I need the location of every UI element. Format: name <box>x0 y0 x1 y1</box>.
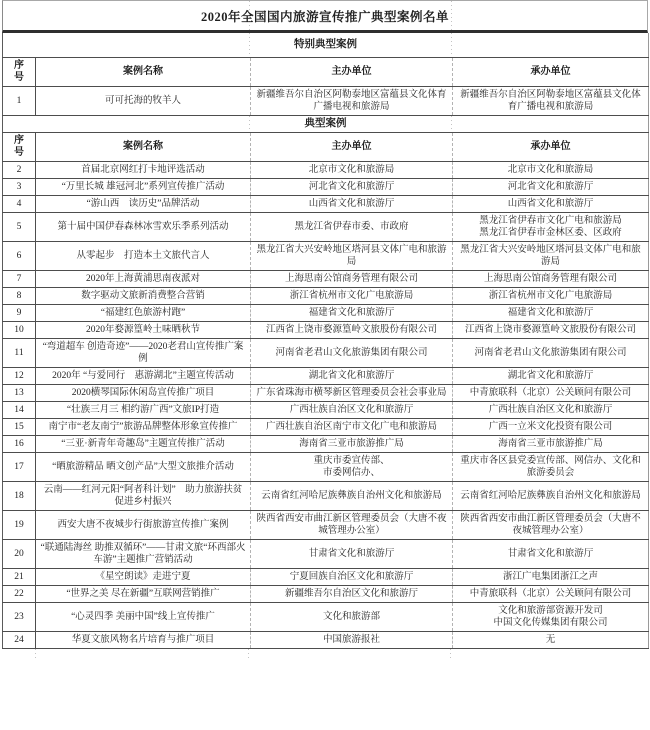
column-header-num: 序 号 <box>3 132 36 161</box>
column-header-num: 序 号 <box>3 57 36 86</box>
cell-name: “万里长城 雄冠河北”系列宣传推广活动 <box>36 178 251 195</box>
cell-undertaker: 广西壮族自治区文化和旅游厅 <box>453 401 649 418</box>
cell-undertaker: 北京市文化和旅游局 <box>453 161 649 178</box>
cell-host: 北京市文化和旅游局 <box>251 161 453 178</box>
cell-num: 21 <box>3 568 36 585</box>
cell-num: 19 <box>3 510 36 539</box>
cell-host: 福建省文化和旅游厅 <box>251 304 453 321</box>
cell-num: 1 <box>3 86 36 115</box>
cell-host: 湖北省文化和旅游厅 <box>251 367 453 384</box>
cell-undertaker: 新疆维吾尔自治区阿勒泰地区富蕴县文化体育广播电视和旅游局 <box>453 86 649 115</box>
cell-host: 广西壮族自治区文化和旅游厅 <box>251 401 453 418</box>
cell-num: 12 <box>3 367 36 384</box>
cell-name: 西安大唐不夜城步行街旅游宣传推广案例 <box>36 510 251 539</box>
cell-undertaker: 陕西省西安市曲江新区管理委员会（大唐不夜城管理办公室） <box>453 510 649 539</box>
section-row: 特别典型案例 <box>3 33 649 57</box>
cell-name: 2020年 “与爱同行 惠游湖北”主题宣传活动 <box>36 367 251 384</box>
cell-undertaker: 浙江广电集团浙江之声 <box>453 568 649 585</box>
cell-num: 17 <box>3 452 36 481</box>
table-row: 4“游山西 读历史”品牌活动山西省文化和旅游厅山西省文化和旅游厅 <box>3 195 649 212</box>
table-row: 18云南——红河元阳“阿者科计划” 助力旅游扶贫 促进乡村振兴云南省红河哈尼族彝… <box>3 481 649 510</box>
cell-host: 河北省文化和旅游厅 <box>251 178 453 195</box>
column-header-undertaker: 承办单位 <box>453 57 649 86</box>
cell-name: “游山西 读历史”品牌活动 <box>36 195 251 212</box>
cell-host: 中国旅游报社 <box>251 631 453 648</box>
header-row: 序 号案例名称主办单位承办单位 <box>3 132 649 161</box>
cell-num: 6 <box>3 241 36 270</box>
cell-num: 22 <box>3 585 36 602</box>
cell-undertaker: 河北省文化和旅游厅 <box>453 178 649 195</box>
cell-name: “晒旅游精品 晒文创产品”大型文旅推介活动 <box>36 452 251 481</box>
cell-name: “弯道超车 创造奇迹”——2020老君山宣传推广案例 <box>36 338 251 367</box>
table-row: 23“心灵四季 美丽中国”线上宣传推广文化和旅游部文化和旅游部资源开发司 中国文… <box>3 602 649 631</box>
cell-host: 广东省珠海市横琴新区管理委员会社会事业局 <box>251 384 453 401</box>
table-row: 21《星空朗读》走进宁夏宁夏回族自治区文化和旅游厅浙江广电集团浙江之声 <box>3 568 649 585</box>
table-row: 22“世界之美 尽在新疆”互联网营销推广新疆维吾尔自治区文化和旅游厅中青旅联科（… <box>3 585 649 602</box>
cell-num: 7 <box>3 270 36 287</box>
cell-undertaker: 云南省红河哈尼族彝族自治州文化和旅游局 <box>453 481 649 510</box>
cell-undertaker: 甘肃省文化和旅游厅 <box>453 539 649 568</box>
cell-host: 黑龙江省伊春市委、市政府 <box>251 212 453 241</box>
cell-name: 数字驱动文旅新消费整合营销 <box>36 287 251 304</box>
cell-num: 20 <box>3 539 36 568</box>
cell-num: 23 <box>3 602 36 631</box>
table-row: 8数字驱动文旅新消费整合营销浙江省杭州市文化广电旅游局浙江省杭州市文化广电旅游局 <box>3 287 649 304</box>
page-title: 2020年全国国内旅游宣传推广典型案例名单 <box>2 0 648 33</box>
cell-host: 浙江省杭州市文化广电旅游局 <box>251 287 453 304</box>
column-header-host: 主办单位 <box>251 132 453 161</box>
cell-name: 从零起步 打造本土文旅代言人 <box>36 241 251 270</box>
cell-host: 海南省三亚市旅游推广局 <box>251 435 453 452</box>
cell-name: 南宁市“老友南宁”旅游品牌整体形象宣传推广 <box>36 418 251 435</box>
column-header-host: 主办单位 <box>251 57 453 86</box>
table-row: 16“三亚·新青年奇趣岛”主题宣传推广活动海南省三亚市旅游推广局海南省三亚市旅游… <box>3 435 649 452</box>
table-row: 20“联通陆海丝 助推双循环”——甘肃文旅“环西部火车游”主题推广营销活动甘肃省… <box>3 539 649 568</box>
cell-host: 广西壮族自治区南宁市文化广电和旅游局 <box>251 418 453 435</box>
cases-table: 特别典型案例序 号案例名称主办单位承办单位1可可托海的牧羊人新疆维吾尔自治区阿勒… <box>2 33 649 649</box>
cell-name: 2020年婺源篁岭土味晒秋节 <box>36 321 251 338</box>
cell-name: 首届北京网红打卡地评选活动 <box>36 161 251 178</box>
table-row: 3“万里长城 雄冠河北”系列宣传推广活动河北省文化和旅游厅河北省文化和旅游厅 <box>3 178 649 195</box>
table-row: 102020年婺源篁岭土味晒秋节江西省上饶市婺源篁岭文旅股份有限公司江西省上饶市… <box>3 321 649 338</box>
column-header-name: 案例名称 <box>36 132 251 161</box>
cell-num: 9 <box>3 304 36 321</box>
cell-undertaker: 浙江省杭州市文化广电旅游局 <box>453 287 649 304</box>
cell-num: 14 <box>3 401 36 418</box>
cell-name: 《星空朗读》走进宁夏 <box>36 568 251 585</box>
cell-name: 第十届中国伊春森林冰雪欢乐季系列活动 <box>36 212 251 241</box>
table-row: 14“壮族三月三 相约游广西”文旅IP打造广西壮族自治区文化和旅游厅广西壮族自治… <box>3 401 649 418</box>
cell-name: “心灵四季 美丽中国”线上宣传推广 <box>36 602 251 631</box>
cell-num: 13 <box>3 384 36 401</box>
cell-name: “联通陆海丝 助推双循环”——甘肃文旅“环西部火车游”主题推广营销活动 <box>36 539 251 568</box>
section-label: 特别典型案例 <box>3 33 649 57</box>
cell-undertaker: 湖北省文化和旅游厅 <box>453 367 649 384</box>
cell-num: 3 <box>3 178 36 195</box>
table-row: 24华夏文旅风物名片培育与推广项目中国旅游报社无 <box>3 631 649 648</box>
table-row: 6从零起步 打造本土文旅代言人黑龙江省大兴安岭地区塔河县文体广电和旅游局黑龙江省… <box>3 241 649 270</box>
document-sheet: 2020年全国国内旅游宣传推广典型案例名单 特别典型案例序 号案例名称主办单位承… <box>2 0 648 661</box>
cell-host: 重庆市委宣传部、 市委网信办、 <box>251 452 453 481</box>
header-row: 序 号案例名称主办单位承办单位 <box>3 57 649 86</box>
cell-host: 陕西省西安市曲江新区管理委员会（大唐不夜城管理办公室） <box>251 510 453 539</box>
cell-undertaker: 江西省上饶市婺源篁岭文旅股份有限公司 <box>453 321 649 338</box>
cell-host: 黑龙江省大兴安岭地区塔河县文体广电和旅游局 <box>251 241 453 270</box>
cell-undertaker: 上海思南公馆商务管理有限公司 <box>453 270 649 287</box>
cell-host: 甘肃省文化和旅游厅 <box>251 539 453 568</box>
cell-undertaker: 中青旅联科（北京）公关顾问有限公司 <box>453 585 649 602</box>
table-row: 2首届北京网红打卡地评选活动北京市文化和旅游局北京市文化和旅游局 <box>3 161 649 178</box>
cell-undertaker: 福建省文化和旅游厅 <box>453 304 649 321</box>
table-row: 5第十届中国伊春森林冰雪欢乐季系列活动黑龙江省伊春市委、市政府黑龙江省伊春市文化… <box>3 212 649 241</box>
cell-undertaker: 重庆市各区县党委宣传部、网信办、文化和旅游委员会 <box>453 452 649 481</box>
cell-host: 山西省文化和旅游厅 <box>251 195 453 212</box>
cell-host: 河南省老君山文化旅游集团有限公司 <box>251 338 453 367</box>
table-row: 1可可托海的牧羊人新疆维吾尔自治区阿勒泰地区富蕴县文化体育广播电视和旅游局新疆维… <box>3 86 649 115</box>
cell-undertaker: 黑龙江省大兴安岭地区塔河县文体广电和旅游局 <box>453 241 649 270</box>
table-row: 72020年上海黄浦思南夜派对上海思南公馆商务管理有限公司上海思南公馆商务管理有… <box>3 270 649 287</box>
cell-host: 新疆维吾尔自治区文化和旅游厅 <box>251 585 453 602</box>
cell-num: 10 <box>3 321 36 338</box>
column-header-undertaker: 承办单位 <box>453 132 649 161</box>
table-row: 122020年 “与爱同行 惠游湖北”主题宣传活动湖北省文化和旅游厅湖北省文化和… <box>3 367 649 384</box>
cell-undertaker: 中青旅联科（北京）公关顾问有限公司 <box>453 384 649 401</box>
table-tail-dashes <box>2 649 648 661</box>
table-row: 132020横琴国际休闲岛宣传推广项目广东省珠海市横琴新区管理委员会社会事业局中… <box>3 384 649 401</box>
cell-host: 云南省红河哈尼族彝族自治州文化和旅游局 <box>251 481 453 510</box>
cell-name: 2020横琴国际休闲岛宣传推广项目 <box>36 384 251 401</box>
cell-host: 江西省上饶市婺源篁岭文旅股份有限公司 <box>251 321 453 338</box>
cell-undertaker: 海南省三亚市旅游推广局 <box>453 435 649 452</box>
cell-undertaker: 山西省文化和旅游厅 <box>453 195 649 212</box>
table-row: 17“晒旅游精品 晒文创产品”大型文旅推介活动重庆市委宣传部、 市委网信办、重庆… <box>3 452 649 481</box>
cell-num: 11 <box>3 338 36 367</box>
cell-undertaker: 无 <box>453 631 649 648</box>
cell-host: 上海思南公馆商务管理有限公司 <box>251 270 453 287</box>
cell-name: “世界之美 尽在新疆”互联网营销推广 <box>36 585 251 602</box>
cell-name: 可可托海的牧羊人 <box>36 86 251 115</box>
table-row: 11“弯道超车 创造奇迹”——2020老君山宣传推广案例河南省老君山文化旅游集团… <box>3 338 649 367</box>
cell-undertaker: 河南省老君山文化旅游集团有限公司 <box>453 338 649 367</box>
cell-undertaker: 广西一立米文化投资有限公司 <box>453 418 649 435</box>
cell-undertaker: 黑龙江省伊春市文化广电和旅游局 黑龙江省伊春市金林区委、区政府 <box>453 212 649 241</box>
cell-num: 18 <box>3 481 36 510</box>
cell-name: 华夏文旅风物名片培育与推广项目 <box>36 631 251 648</box>
cell-num: 4 <box>3 195 36 212</box>
cell-undertaker: 文化和旅游部资源开发司 中国文化传媒集团有限公司 <box>453 602 649 631</box>
table-row: 15南宁市“老友南宁”旅游品牌整体形象宣传推广广西壮族自治区南宁市文化广电和旅游… <box>3 418 649 435</box>
column-header-name: 案例名称 <box>36 57 251 86</box>
cell-name: “福建红色旅游村跑” <box>36 304 251 321</box>
table-row: 9“福建红色旅游村跑”福建省文化和旅游厅福建省文化和旅游厅 <box>3 304 649 321</box>
cell-num: 16 <box>3 435 36 452</box>
cell-num: 2 <box>3 161 36 178</box>
cell-num: 24 <box>3 631 36 648</box>
cell-host: 宁夏回族自治区文化和旅游厅 <box>251 568 453 585</box>
section-row: 典型案例 <box>3 115 649 132</box>
cell-num: 5 <box>3 212 36 241</box>
cell-name: 云南——红河元阳“阿者科计划” 助力旅游扶贫 促进乡村振兴 <box>36 481 251 510</box>
cell-host: 文化和旅游部 <box>251 602 453 631</box>
cell-host: 新疆维吾尔自治区阿勒泰地区富蕴县文化体育广播电视和旅游局 <box>251 86 453 115</box>
section-label: 典型案例 <box>3 115 649 132</box>
cell-num: 8 <box>3 287 36 304</box>
cell-name: 2020年上海黄浦思南夜派对 <box>36 270 251 287</box>
table-row: 19西安大唐不夜城步行街旅游宣传推广案例陕西省西安市曲江新区管理委员会（大唐不夜… <box>3 510 649 539</box>
cell-num: 15 <box>3 418 36 435</box>
cell-name: “三亚·新青年奇趣岛”主题宣传推广活动 <box>36 435 251 452</box>
cell-name: “壮族三月三 相约游广西”文旅IP打造 <box>36 401 251 418</box>
